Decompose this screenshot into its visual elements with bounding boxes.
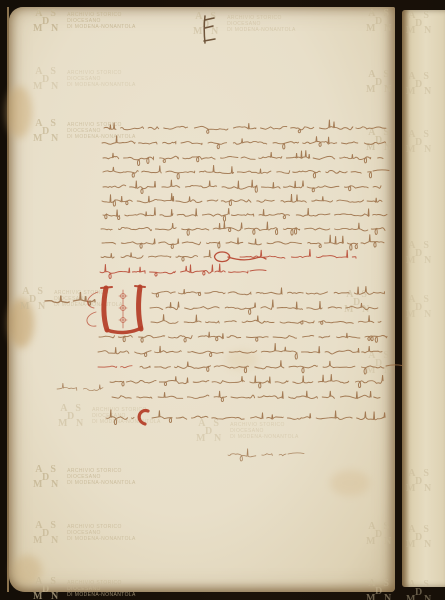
text-line <box>140 360 402 374</box>
rubric-text-line <box>100 264 266 279</box>
rubric-text-line <box>98 366 138 368</box>
text-line <box>102 193 389 206</box>
manuscript-photo: A S D M NARCHIVIO STORICODIOCESANODI MOD… <box>0 0 445 600</box>
text-line <box>101 222 391 236</box>
text-line <box>98 343 387 359</box>
text-line <box>152 410 389 422</box>
text-line <box>104 120 390 134</box>
text-line <box>150 300 383 315</box>
text-line <box>101 250 215 261</box>
text-line <box>103 207 393 221</box>
initial-right-stem <box>139 287 141 329</box>
text-line <box>102 135 390 149</box>
text-line <box>112 391 387 402</box>
decorated-initial <box>87 286 145 332</box>
catchword <box>228 449 304 461</box>
manuscript-text-lines <box>45 120 402 461</box>
text-line <box>152 286 392 297</box>
text-line <box>102 234 390 250</box>
text-line <box>106 410 137 425</box>
paragraph-c-initial <box>139 411 148 424</box>
initial-bowl <box>107 328 141 332</box>
text-line <box>110 374 386 388</box>
top-ink-mark <box>204 16 215 43</box>
margin-note <box>45 292 100 305</box>
handwritten-text-layer <box>0 0 445 600</box>
initial-margin-flourish <box>87 292 98 326</box>
margin-note <box>57 383 106 390</box>
text-line <box>151 314 386 324</box>
text-line <box>103 180 385 194</box>
initial-left-stem <box>104 288 107 330</box>
text-line <box>99 332 391 342</box>
text-line <box>103 165 389 179</box>
text-line <box>103 150 388 165</box>
